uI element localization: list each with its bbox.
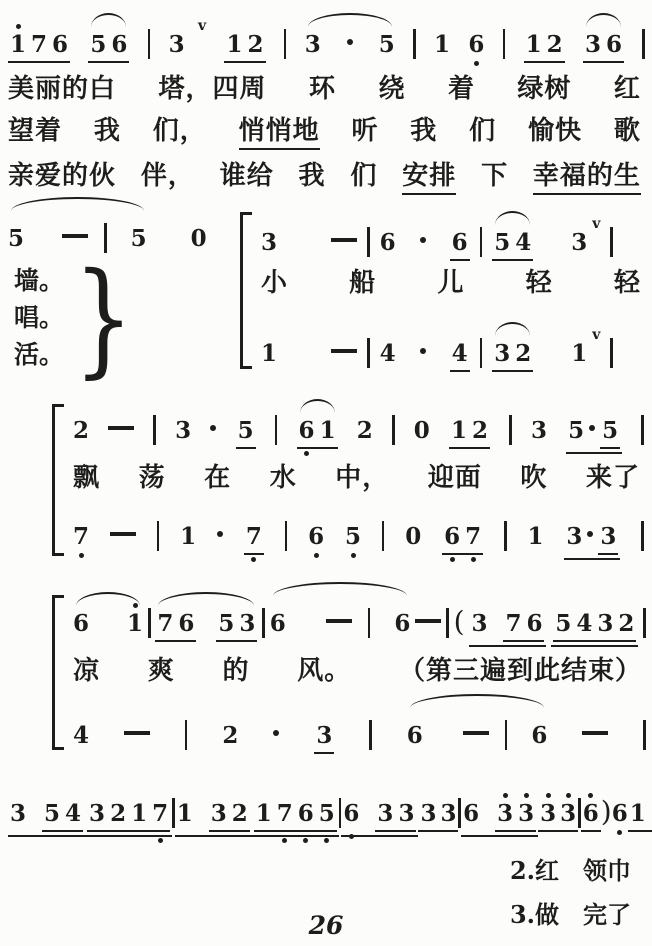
lyric-syllable: 听 [351, 115, 378, 147]
upper-voice-line: 366543v [261, 194, 645, 261]
note: 2 [357, 418, 373, 444]
note: 3 [261, 230, 277, 256]
lyric-syllable: 红 [614, 73, 641, 105]
note: 3 [540, 801, 556, 827]
notation-line: 3543217132176563333633336)612 [8, 773, 647, 841]
note: 2 [73, 418, 89, 444]
note: 3 [494, 341, 510, 367]
note: 6 [298, 801, 314, 827]
note: 7 [157, 611, 173, 637]
slur-group: 66 [407, 713, 548, 749]
beam-group: 3 [438, 801, 458, 832]
octave-dot-high [133, 603, 138, 608]
page-number: 26 [0, 911, 652, 940]
note: 6 [463, 801, 479, 827]
note: 1 [131, 801, 147, 827]
note: 2 [515, 341, 531, 367]
note: 5 [379, 32, 395, 58]
barline [392, 415, 395, 445]
barline [643, 608, 646, 638]
beam-group: 12 [449, 418, 490, 449]
octave-dot-low [471, 557, 476, 562]
note: 6 [111, 32, 127, 58]
beam-group: 6 [450, 230, 470, 261]
duration-dash [124, 731, 150, 735]
barline [641, 521, 644, 551]
beam-group: 633 [461, 801, 538, 837]
lyric-syllable: 吹 [520, 462, 547, 494]
lyric-syllable: 美丽的白 [8, 73, 116, 105]
barline [382, 521, 385, 551]
lyric-syllable: 们 [469, 115, 496, 147]
note: 5 [568, 418, 584, 444]
beam-group: 1765 [252, 801, 339, 837]
ending-syllable: 唱。 [14, 299, 64, 336]
two-voice-group: 235612012355 飘荡在水中，迎面吹来了 71765067133 [52, 386, 644, 560]
system-1: 176563v1235161236 美丽的白塔，四周环绕着绿树红 望着我们，悄悄… [8, 6, 645, 195]
note: 6 [308, 524, 324, 550]
beam-group: 12 [628, 801, 652, 832]
sheet-music-page: 176563v1235161236 美丽的白塔，四周环绕着绿树红 望着我们，悄悄… [0, 0, 652, 946]
barline [369, 720, 372, 750]
octave-dot-low [304, 451, 309, 456]
beam-group: 5432 [553, 611, 636, 642]
lyric-syllable: 风。 [297, 655, 351, 687]
note: 2 [247, 32, 263, 58]
lyric-syllable: 伴， [141, 160, 195, 192]
lyric-syllable: 望着 [8, 115, 62, 147]
note: 5 [90, 32, 106, 58]
slur-group: 66 [270, 601, 411, 637]
octave-dot-low [158, 838, 163, 843]
note: 6 [270, 611, 286, 637]
barline [642, 29, 645, 59]
octave-dot-low [617, 830, 622, 835]
note: 0 [405, 524, 421, 550]
upper-voice-line: 61765366(3765432 [73, 577, 646, 647]
barline [505, 720, 508, 750]
augmentation-dot [420, 348, 426, 354]
voice-group-bracket [240, 212, 252, 369]
beam-group: 176 [8, 32, 70, 63]
note: 6 [73, 611, 89, 637]
octave-dot-high [566, 793, 571, 798]
lyric-syllable: 们 [350, 160, 377, 192]
system-5: 3543217132176563333633336)612 2.红 领巾 3.做… [8, 773, 647, 930]
note: 1 [526, 32, 542, 58]
note: 1 [180, 524, 196, 550]
beam-group: 4 [450, 341, 470, 372]
barline [275, 415, 278, 445]
note: 1 [127, 611, 143, 637]
lyric-syllable: 着 [448, 73, 475, 105]
slur-group: 54 [492, 230, 533, 261]
octave-dot-low [450, 557, 455, 562]
voice-group-bracket [52, 404, 64, 556]
note: 6 [380, 230, 396, 256]
barline [504, 521, 507, 551]
lower-voice-line: 71765067133 [73, 500, 644, 560]
note: 7 [152, 801, 168, 827]
verse-endings: 墙。唱。活。 } [14, 262, 240, 373]
beam-group: 33 [564, 524, 620, 560]
note: 3 [316, 723, 332, 749]
note: 4 [65, 801, 81, 827]
beam-group: 5 [236, 418, 256, 449]
note: 3 [377, 801, 393, 827]
barline [148, 608, 151, 638]
note: 5 [345, 524, 361, 550]
note: 3 [518, 801, 534, 827]
ending-syllables: 墙。唱。活。 [14, 262, 64, 373]
barline [153, 415, 156, 445]
beam-group: 32 [209, 801, 250, 832]
lyric-syllable: 来了 [586, 462, 640, 494]
note: 2 [547, 32, 563, 58]
note: 6 [583, 801, 599, 827]
note: 1 [10, 32, 26, 58]
note: 3 [531, 418, 547, 444]
beam-group: 3 [418, 801, 438, 832]
beam-group: 3217 [87, 801, 170, 832]
slur-group: 61 [297, 418, 338, 449]
note: 5 [44, 801, 60, 827]
note: 1 [630, 801, 646, 827]
lyric-syllable: 悄悄地 [239, 115, 320, 150]
beam-group: 33 [495, 801, 536, 832]
augmentation-dot [589, 425, 595, 431]
beam-group: 33 [375, 801, 416, 832]
note: 4 [452, 341, 468, 367]
note: 2 [472, 418, 488, 444]
note: 1 [177, 801, 193, 827]
barline [446, 608, 449, 638]
note: 3 [305, 32, 321, 58]
note: 6 [52, 32, 68, 58]
note: 3 [89, 801, 105, 827]
note: 6 [606, 32, 622, 58]
ending-syllable: 活。 [14, 336, 64, 373]
lower-voice-line: 144321v [261, 315, 645, 372]
note: 3 [440, 801, 456, 827]
note: 1 [256, 801, 272, 827]
beam-group: 67 [442, 524, 483, 555]
augmentation-dot [587, 531, 593, 537]
lyrics-verse-2: 望着我们，悄悄地听我们愉快歌 [8, 115, 645, 150]
note: 1 [527, 524, 543, 550]
lower-voice-line: 42366 [73, 697, 646, 754]
note: 4 [380, 341, 396, 367]
note: 6 [526, 611, 542, 637]
duration-dash [415, 619, 441, 623]
lyrics-verse-3: 亲爱的伙伴，谁给我们安排下幸福的生 [8, 160, 645, 195]
duration-dash [582, 731, 608, 735]
note: 1 [451, 418, 467, 444]
barline [503, 29, 506, 59]
note: 6 [394, 611, 410, 637]
octave-dot-high [546, 793, 551, 798]
octave-dot-low [251, 557, 256, 562]
note: 2 [232, 801, 248, 827]
note: 1 [434, 32, 450, 58]
augmentation-dot [210, 425, 216, 431]
note: 6 [468, 32, 484, 58]
augmentation-dot [217, 531, 223, 537]
note: 6 [299, 418, 315, 444]
beam-group: 53 [216, 611, 257, 642]
barline [284, 29, 287, 59]
beam-group: 54 [42, 801, 83, 832]
upper-voice-line: 235612012355 [73, 386, 644, 454]
barline [367, 227, 370, 257]
barline [480, 338, 483, 368]
note: 7 [73, 524, 89, 550]
note: 3 [571, 230, 587, 256]
system-3: 235612012355 飘荡在水中，迎面吹来了 71765067133 [52, 386, 644, 560]
lyric-syllable: 愉快 [528, 115, 582, 147]
barline [643, 720, 646, 750]
note: 1 [320, 418, 336, 444]
close-parenthesis: ) [601, 795, 612, 828]
note: 4 [576, 611, 592, 637]
barline [285, 521, 288, 551]
note: 3 [175, 418, 191, 444]
note: 2 [110, 801, 126, 827]
note: 7 [505, 611, 521, 637]
lyric-syllable: 塔，四周 [158, 73, 266, 105]
note: 3 [597, 611, 613, 637]
note: 1 [261, 341, 277, 367]
beam-group: 5432 [551, 611, 638, 647]
note: 5 [602, 418, 618, 444]
note: 3 [420, 801, 436, 827]
lyric-syllable: 船 [349, 267, 376, 299]
octave-dot-low [349, 834, 354, 839]
note: 3 [398, 801, 414, 827]
lyric-syllable: 绿树 [517, 73, 571, 105]
octave-dot-low [79, 553, 84, 558]
note: 7 [246, 524, 262, 550]
two-voice-group: 61765366(3765432 凉爽的风。（第三遍到此结束） 42366 [52, 577, 646, 754]
lyric-syllable: 我 [94, 115, 121, 147]
duration-dash [331, 349, 357, 353]
slur-group: 32 [492, 341, 533, 372]
note: 0 [414, 418, 430, 444]
lyric-syllable: 轻 [526, 267, 553, 299]
lyric-syllable: 安排 [402, 160, 456, 195]
note: 2 [618, 611, 634, 637]
ending-syllable: 墙。 [14, 262, 64, 299]
barline [610, 227, 613, 257]
duration-dash [331, 238, 357, 242]
note: 5 [494, 230, 510, 256]
beam-group: 3 [558, 801, 578, 832]
lyric-syllable: 迎面 [428, 462, 482, 494]
barline [641, 415, 644, 445]
lyric-syllable: 幸福的生 [533, 160, 641, 195]
breath-mark: v [592, 327, 600, 343]
note: 6 [531, 723, 547, 749]
barline [509, 415, 512, 445]
voice-lyrics: 飘荡在水中，迎面吹来了 [73, 462, 644, 494]
note: 3 [566, 524, 582, 550]
beam-group: 12 [224, 32, 265, 63]
beam-group: 3217 [85, 801, 172, 837]
note: 6 [343, 801, 359, 827]
lyric-syllable: 小 [261, 267, 288, 299]
duration-dash [62, 234, 88, 238]
note: 6 [452, 230, 468, 256]
note: 3 [585, 32, 601, 58]
note: 3 [600, 524, 616, 550]
note: 3 [471, 611, 487, 637]
note: 3 [10, 801, 26, 827]
octave-dot-low [303, 838, 308, 843]
beam-group: 132 [175, 801, 252, 837]
note: 2 [222, 723, 238, 749]
slur-group: 7653 [155, 611, 257, 642]
note: 6 [407, 723, 423, 749]
octave-dot-low [282, 838, 287, 843]
augmentation-dot [273, 730, 279, 736]
lyric-syllable: 中， [335, 462, 389, 494]
lyric-syllable: 我 [299, 160, 326, 192]
duration-dash [108, 426, 134, 430]
beam-group: 5 [600, 418, 620, 449]
note: 5 [8, 226, 24, 252]
augmentation-dot [420, 237, 426, 243]
lyric-syllable: 我 [410, 115, 437, 147]
beam-group: 3 [538, 801, 558, 832]
beam-group: 376 [469, 611, 546, 647]
lyric-syllable: 在 [204, 462, 231, 494]
barline [148, 29, 151, 59]
slur-group: 61 [73, 611, 143, 637]
barline [262, 608, 265, 638]
beam-group: 76 [155, 611, 196, 642]
lyric-syllable: 轻 [614, 267, 641, 299]
slur-group: 35 [305, 32, 395, 58]
note: 6 [444, 524, 460, 550]
voice-lyrics: 小船儿轻轻 [261, 267, 645, 299]
beam-group: 1765 [254, 801, 337, 832]
octave-dot-low [351, 553, 356, 558]
lyric-syllable: 谁给 [220, 160, 274, 192]
system-4: 61765366(3765432 凉爽的风。（第三遍到此结束） 42366 [52, 577, 646, 754]
beam-group: 633 [341, 801, 418, 837]
lyric-syllable: 荡 [139, 462, 166, 494]
barline [368, 608, 371, 638]
barline [157, 521, 160, 551]
note: 0 [191, 226, 207, 252]
duration-dash [463, 731, 489, 735]
note: 5 [218, 611, 234, 637]
note: 7 [277, 801, 293, 827]
barline [413, 29, 416, 59]
lyrics-verse-1: 美丽的白塔，四周环绕着绿树红 [8, 73, 645, 105]
note: 6 [612, 801, 628, 827]
note: 1 [226, 32, 242, 58]
note: 3 [239, 611, 255, 637]
note: 4 [73, 723, 89, 749]
beam-group: 3 [598, 524, 618, 555]
lyric-syllable: 亲爱的伙 [8, 160, 116, 192]
note: 5 [319, 801, 335, 827]
notation-line: 550 [8, 194, 240, 252]
barline [480, 227, 483, 257]
octave-dot-high [503, 793, 508, 798]
lyric-syllable: 们， [153, 115, 207, 147]
beam-group: 12 [524, 32, 565, 63]
note: 3 [169, 32, 185, 58]
beam-group: 55 [566, 418, 622, 454]
ending-block: 550 墙。唱。活。 } [8, 194, 240, 373]
slur-group: 56 [88, 32, 129, 63]
lyric-syllable: 飘 [73, 462, 100, 494]
note: 4 [515, 230, 531, 256]
octave-dot-high [588, 793, 593, 798]
lyric-syllable: 环 [309, 73, 336, 105]
lyric-syllable: 水 [270, 462, 297, 494]
lyric-syllable: 歌 [614, 115, 641, 147]
barline [367, 338, 370, 368]
octave-dot-low [324, 838, 329, 843]
barline [610, 338, 613, 368]
note: 1 [571, 341, 587, 367]
lyric-syllable: 爽 [148, 655, 175, 687]
lyric-syllable: 绕 [378, 73, 405, 105]
note: 3 [560, 801, 576, 827]
note: 6 [178, 611, 194, 637]
breath-mark: v [198, 18, 206, 34]
augmentation-dot [347, 39, 353, 45]
two-voice-group: 366543v 小船儿轻轻 144321v [240, 194, 645, 373]
octave-dot-low [314, 553, 319, 558]
lyric-syllable: 儿 [437, 267, 464, 299]
ending-brace: } [74, 265, 134, 370]
octave-dot-high [524, 793, 529, 798]
system-2: 550 墙。唱。活。 } 366543v 小船儿轻轻 144321v [8, 194, 645, 373]
lyric-syllable: （第三遍到此结束） [399, 655, 642, 687]
voice-lyrics: 凉爽的风。（第三遍到此结束） [73, 655, 646, 687]
beam-group: 76 [503, 611, 544, 642]
note: 7 [31, 32, 47, 58]
octave-dot-low [474, 61, 479, 66]
note: 3 [497, 801, 513, 827]
note: 5 [238, 418, 254, 444]
note: 5 [555, 611, 571, 637]
note: 3 [211, 801, 227, 827]
beam-group: 354 [8, 801, 85, 837]
barline [185, 720, 188, 750]
lyric-syllable: 下 [481, 160, 508, 192]
duration-dash [326, 619, 352, 623]
beam-group: 7 [244, 524, 264, 555]
voice-group-bracket [52, 595, 64, 750]
breath-mark: v [592, 216, 600, 232]
duration-dash [110, 532, 136, 536]
octave-dot-high [16, 24, 21, 29]
notation-line: 176563v1235161236 [8, 6, 645, 63]
note: 7 [465, 524, 481, 550]
verse2-continuation: 2.红 领巾 [510, 851, 631, 886]
beam-group: 3 [314, 723, 334, 754]
lyric-syllable: 的 [222, 655, 249, 687]
slur-group: 36 [583, 32, 624, 63]
open-parenthesis: ( [454, 605, 465, 638]
beam-group: 6 [581, 801, 601, 832]
lyric-syllable: 凉 [73, 655, 100, 687]
